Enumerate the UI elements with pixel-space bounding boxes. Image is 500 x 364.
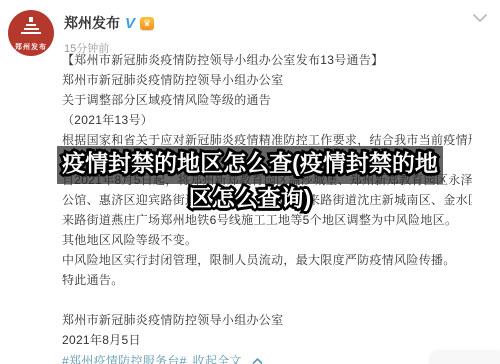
floating-corner-button[interactable] [430,351,500,364]
post-body-lines: 【郑州市新冠肺炎疫情防控领导小组办公室发布13号通告】郑州市新冠肺炎疫情防控领导… [62,50,472,290]
post-text-line: 公馆、惠济区迎宾路街道迎宾刘庄、金水区未来路街道沈庄新城南区、金水区未 [62,190,472,210]
signature-block: 郑州市新冠肺炎疫情防控领导小组办公室 2021年8月5日 [62,310,472,350]
avatar-label: 郑州发布 [8,42,54,52]
chevron-up-icon[interactable] [252,357,263,364]
post-text-line: 其他地区风险等级不变。 [62,230,472,250]
post-text-line: 【郑州市新冠肺炎疫情防控领导小组办公室发布13号通告】 [62,50,472,70]
post-text-line: （2021年13号） [62,110,472,130]
post-text: 【郑州市新冠肺炎疫情防控领导小组办公室发布13号通告】郑州市新冠肺炎疫情防控领导… [62,50,472,364]
post-text-line: 特此通告。 [62,270,472,290]
post-text-line: 根据国家和省关于应对新冠肺炎疫情精准防控工作要求，结合我市当前疫情形 [62,130,472,150]
post-text-line: 关于调整部分区域疫情风险等级的通告 [62,90,472,110]
collapse-text-link[interactable]: 收起全文 [193,351,242,364]
chevron-down-icon[interactable] [470,8,490,30]
post-text-line: 来路街道燕庄广场郑州地铁6号线施工工地等5个地区调整为中风险地区。 [62,210,472,230]
weibo-post: 郑州发布 郑州发布 V ♛ 15分钟前 【郑州市新冠肺炎疫情防控领导小组办公室发… [0,0,500,364]
date-line: 2021年8月5日 [62,330,472,350]
verified-v-icon: V [125,16,135,31]
hashtag-link[interactable]: #郑州疫情防控服务台# [62,351,187,364]
post-text-line: 自2021年8月5日起，将郑州新郑教育园区温莎城堡、郑州新郑教育园区永泽·上 [62,170,472,190]
post-text-line: 险等级： [62,150,472,170]
username[interactable]: 郑州发布 [64,13,120,33]
post-text-line: 郑州市新冠肺炎疫情防控领导小组办公室 [62,70,472,90]
link-row: #郑州疫情防控服务台# 收起全文 [62,351,472,364]
avatar[interactable]: 郑州发布 [8,10,54,56]
member-crown-icon: ♛ [140,17,154,30]
pagoda-logo-icon [20,17,42,37]
signature-line: 郑州市新冠肺炎疫情防控领导小组办公室 [62,310,472,330]
post-text-line: 中风险地区实行封闭管理，限制人员流动，最大限度严防疫情风险传播。 [62,250,472,270]
